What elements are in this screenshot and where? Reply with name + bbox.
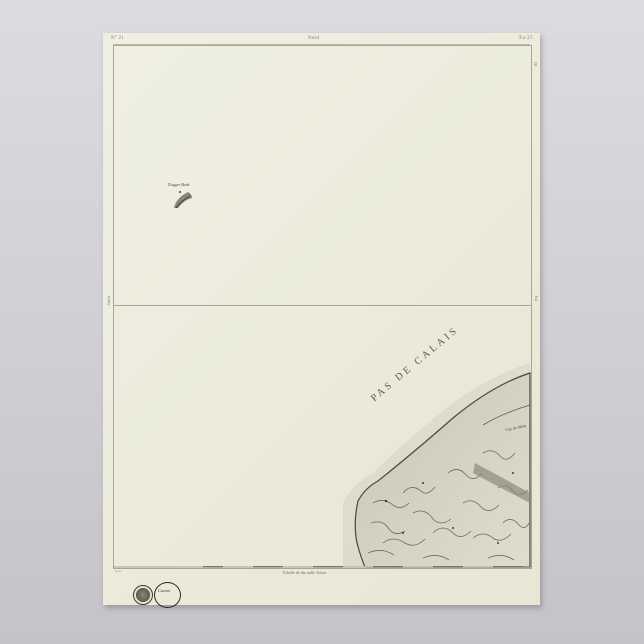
stamp-text: Cassini	[158, 589, 170, 593]
scale-label: Echelle de dix mille Toises	[283, 570, 326, 575]
oval-stamp: Cassini	[154, 582, 181, 608]
map-poster: N° 21 Nord F.e 27. Ouest Est III Dogger …	[103, 33, 540, 605]
scale-bar	[203, 565, 523, 569]
coin-stamp-icon	[133, 585, 153, 605]
engraver-note: Grav.	[115, 569, 122, 573]
coastline-map	[103, 33, 540, 605]
